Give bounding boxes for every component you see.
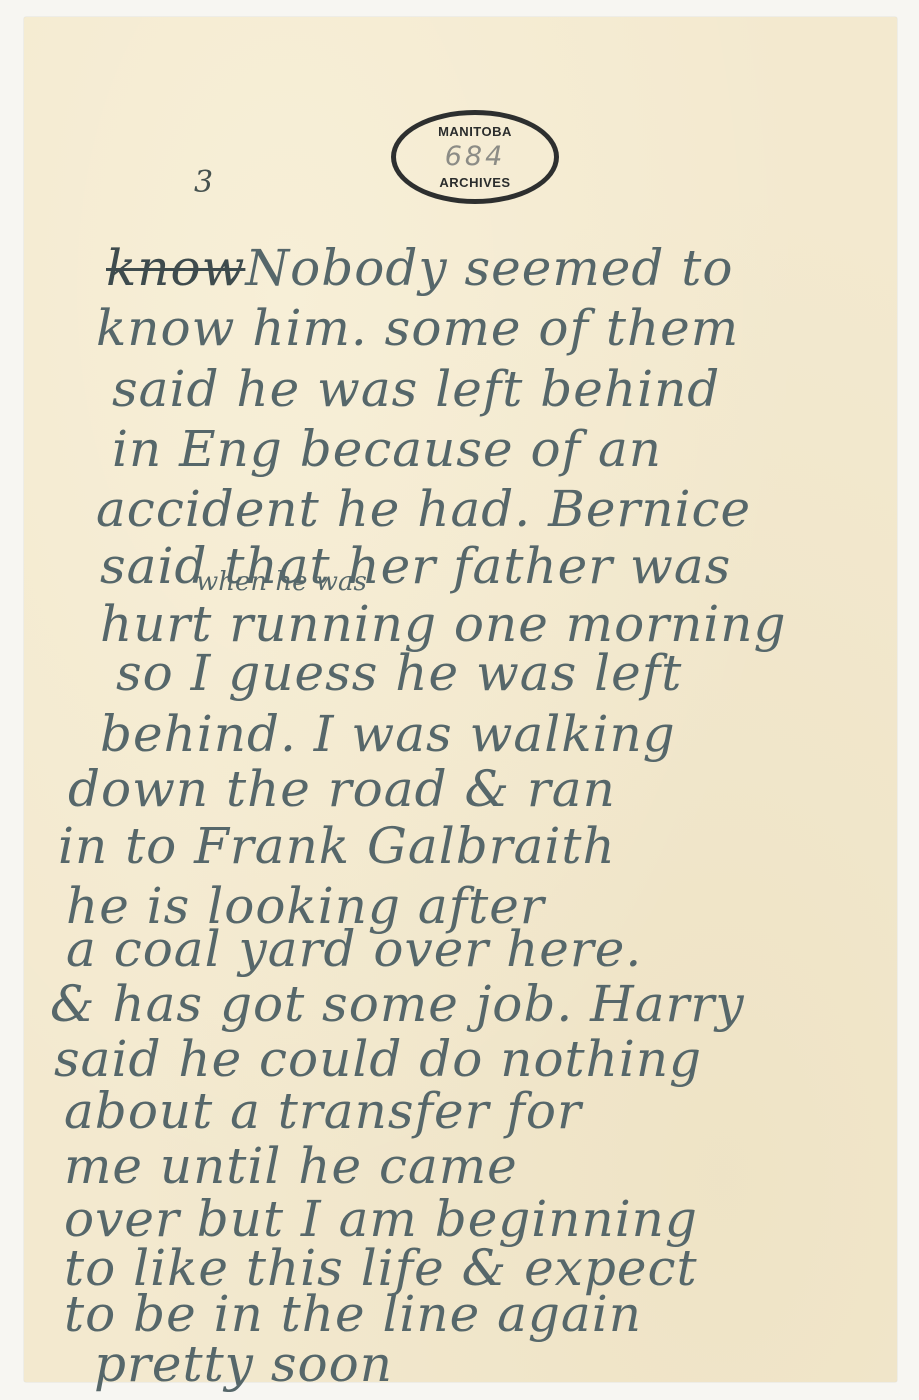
- handwritten-line-21: pretty soon: [94, 1335, 393, 1393]
- handwritten-line-17: me until he came: [64, 1137, 518, 1195]
- handwritten-line-3: said he was left behind: [112, 360, 720, 418]
- handwritten-line-10: down the road & ran: [68, 760, 616, 818]
- handwritten-line-5: accident he had. Bernice: [96, 480, 751, 538]
- handwritten-line-15: said he could do nothing: [54, 1030, 702, 1088]
- letter-page: MANITOBA 684 ARCHIVES 3 knowNobody seeme…: [24, 17, 897, 1382]
- handwritten-line-14: & has got some job. Harry: [50, 975, 745, 1033]
- line-text: Nobody seemed to: [245, 239, 733, 297]
- stamp-bottom-text: ARCHIVES: [396, 175, 554, 190]
- page-number: 3: [194, 165, 213, 200]
- handwritten-line-2: know him. some of them: [96, 299, 739, 357]
- handwritten-line-4: in Eng because of an: [112, 420, 662, 478]
- archive-stamp: MANITOBA 684 ARCHIVES: [391, 110, 559, 204]
- stamp-top-text: MANITOBA: [396, 124, 554, 139]
- interlinear-insertion: when he was: [196, 567, 367, 597]
- struck-word: know: [106, 239, 245, 297]
- handwritten-line-9: behind. I was walking: [100, 705, 676, 763]
- handwritten-line-13: a coal yard over here.: [66, 920, 642, 978]
- stamp-catalog-number: 684: [396, 141, 554, 172]
- handwritten-line-11: in to Frank Galbraith: [58, 817, 616, 875]
- handwritten-line-6: said that her father was: [100, 537, 731, 595]
- handwritten-line-8: so I guess he was left: [116, 644, 682, 702]
- handwritten-line-16: about a transfer for: [64, 1082, 582, 1140]
- handwritten-line-1: knowNobody seemed to: [106, 239, 733, 297]
